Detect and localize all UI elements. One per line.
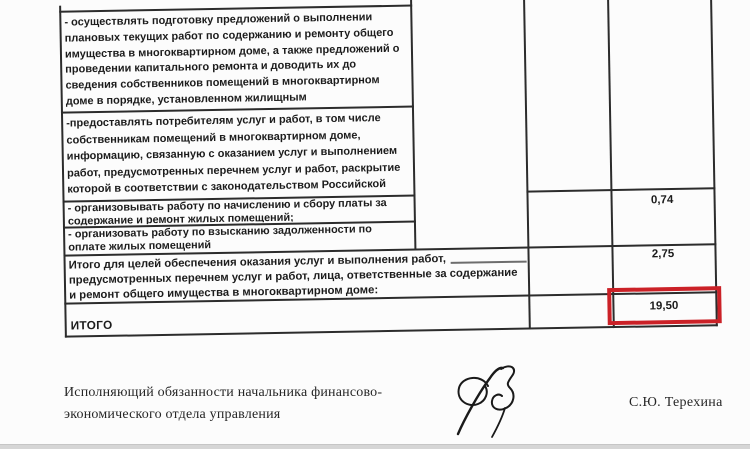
scanned-document-page: - осуществлять подготовку предложений о … xyxy=(0,0,750,449)
table-gridline-row2-right xyxy=(526,187,715,192)
highlight-box xyxy=(607,286,722,325)
subtotal-text-cell: Итого для целей обеспечения оказания усл… xyxy=(69,251,522,302)
table-gridline-col3 xyxy=(607,0,615,328)
table-gridline-right xyxy=(710,0,718,326)
duty-cell-2: -предоставлять потребителям услуг и рабо… xyxy=(66,110,411,200)
subtotal-value-cell: 2,75 xyxy=(611,247,714,263)
duty-3-value-cell: 0,74 xyxy=(611,193,714,209)
duty-cell-1: - осуществлять подготовку предложений о … xyxy=(64,10,408,111)
signer-name: С.Ю. Терехина xyxy=(629,395,723,411)
signer-title: Исполняющий обязанности начальника финан… xyxy=(64,382,382,425)
tariff-table: - осуществлять подготовку предложений о … xyxy=(0,0,750,352)
signer-title-line1: Исполняющий обязанности начальника финан… xyxy=(64,382,382,404)
table-gridline-col2 xyxy=(523,0,531,330)
signer-title-line2: экономического отдела управления xyxy=(64,404,382,426)
signature-scribble xyxy=(448,360,530,444)
page-edge-shadow xyxy=(0,444,750,449)
